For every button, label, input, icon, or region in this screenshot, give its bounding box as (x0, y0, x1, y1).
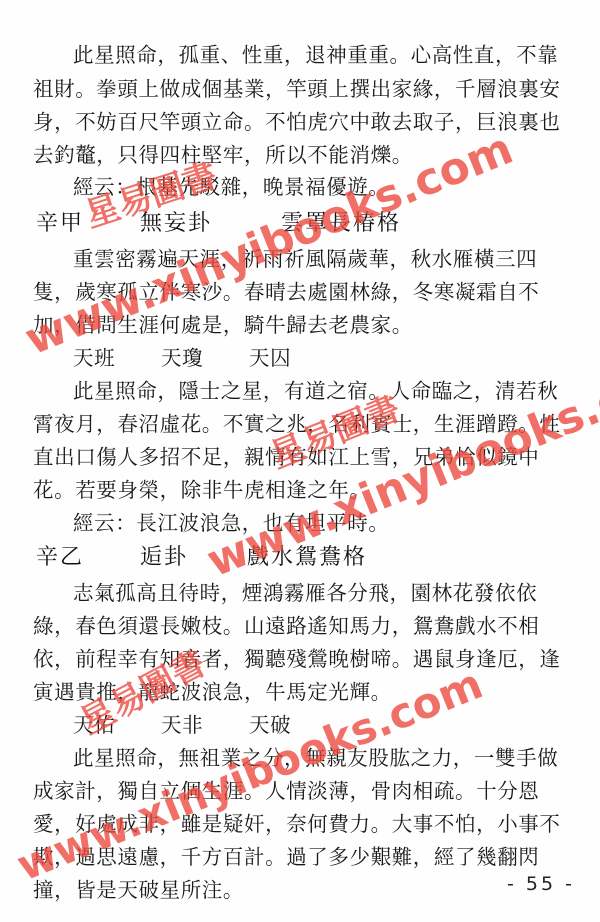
poem-line: 加，借問生涯何處是，騎牛歸去老農家。 (33, 310, 573, 340)
heading-stem: 辛乙 (36, 542, 84, 574)
quote-line: 經云：根基先駁雜，晚景福優遊。 (73, 172, 600, 202)
paragraph-line: 霄夜月，春沼虛花。不實之兆，名利賓士，生涯蹭蹬。性 (33, 409, 573, 439)
heading-ge: 戲水鴛鴦格 (247, 542, 367, 574)
paragraph-line: 去釣鼇，只得四柱堅牢，所以不能消爍。 (33, 140, 573, 170)
heading-gua: 逅卦 (140, 542, 188, 574)
heading-ge: 雲罩長椿格 (281, 208, 401, 240)
book-page: 此星照命，孤重、性重，退神重重。心高性直，不靠 祖財。拳頭上做成個基業，竿頭上撰… (0, 0, 600, 922)
paragraph-line: 撞，皆是天破星所注。 (33, 875, 573, 905)
poem-line: 隻，歲寒孤立伴寒沙。春晴去處園林綠，冬寒凝霜自不 (33, 277, 573, 307)
star-list: 天佑 天非 天破 (73, 710, 600, 740)
poem-line: 綠，春色須還長嫩枝。山遠路遙知馬力，鴛鴦戲水不相 (33, 611, 573, 641)
star-name: 天破 (249, 710, 291, 740)
poem-line: 依，前程幸有知音者，獨聽殘鶯晚樹啼。遇鼠身逢厄，逢 (33, 644, 573, 674)
star-name: 天班 (73, 343, 115, 373)
paragraph-line: 花。若要身榮，除非牛虎相逢之年。 (33, 475, 573, 505)
paragraph-line: 祖財。拳頭上做成個基業，竿頭上撰出家緣，千層浪裏安 (33, 74, 573, 104)
paragraph-line: 直出口傷人多招不足，親情有如江上雪，兄弟恰似鏡中 (33, 442, 573, 472)
poem-line: 志氣孤高且待時，煙鴻霧雁各分飛，園林花發依依 (73, 578, 600, 608)
star-name: 天囚 (249, 343, 291, 373)
paragraph-line: 欺，過思遠慮，千方百計。過了多少艱難，經了幾翻閃 (33, 842, 573, 872)
paragraph-line: 此星照命，孤重、性重，退神重重。心高性直，不靠 (73, 40, 600, 70)
poem-line: 寅遇貴推，龍蛇波浪急，牛馬定光輝。 (33, 677, 573, 707)
paragraph-line: 此星照命，隱士之星，有道之宿。人命臨之，清若秋 (73, 376, 600, 406)
poem-line: 重雲密霧遍天涯，祈雨祈風隔歲華，秋水雁橫三四 (73, 244, 600, 274)
paragraph-line: 愛，好處成非，雖是疑奸，奈何費力。大事不怕，小事不 (33, 809, 573, 839)
star-name: 天佑 (73, 710, 115, 740)
page-number: - 55 - (507, 873, 575, 895)
star-name: 天瓊 (161, 343, 203, 373)
heading-gua: 無妄卦 (140, 208, 212, 240)
quote-line: 經云：長江波浪急，也有坦平時。 (73, 508, 600, 538)
paragraph-line: 此星照命，無祖業之分，無親友股肱之力，一雙手做 (73, 743, 600, 773)
star-name: 天非 (161, 710, 203, 740)
star-list: 天班 天瓊 天囚 (73, 343, 600, 373)
paragraph-line: 身，不妨百尺竿頭立命。不怕虎穴中敢去取子，巨浪裏也 (33, 107, 573, 137)
paragraph-line: 成家計，獨自立個生涯。人情淡薄，骨肉相疏。十分恩 (33, 776, 573, 806)
heading-stem: 辛甲 (36, 208, 84, 240)
